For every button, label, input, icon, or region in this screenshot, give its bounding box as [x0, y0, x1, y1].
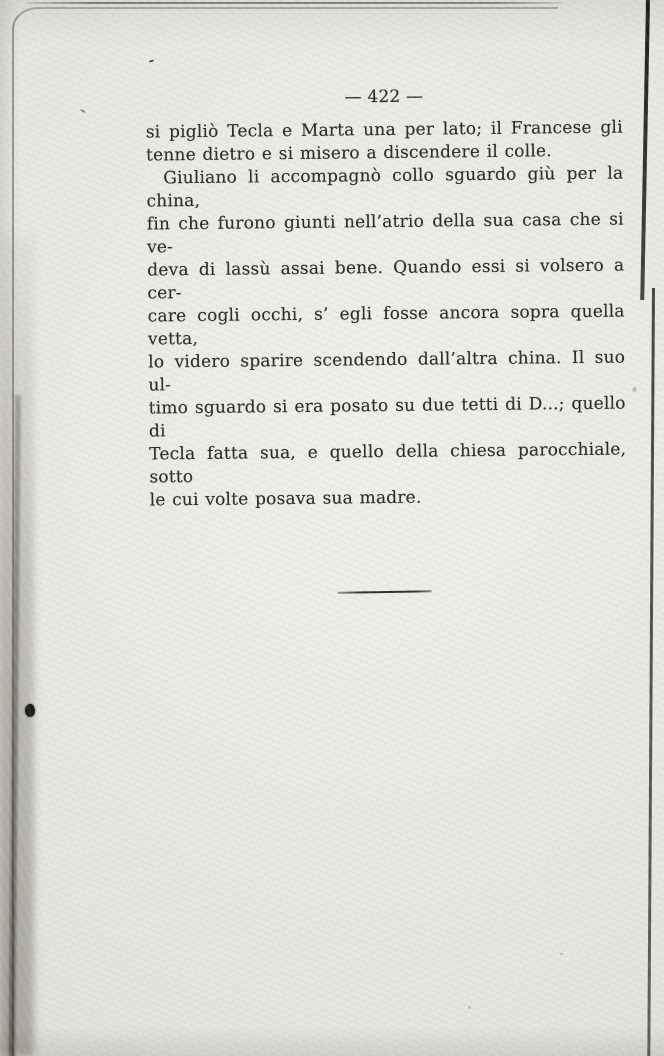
text-line: care cogli occhi, s’ egli fosse ancora s… [148, 300, 625, 351]
scanned-book-page: — 422 — si pigliò Tecla e Marta una per … [0, 0, 664, 1056]
text-line: Tecla fatta sua, e quello della chiesa p… [149, 438, 626, 489]
top-edge-line [28, 2, 562, 4]
text-line: Giuliano li accompagnò collo sguardo giù… [146, 163, 623, 214]
page-number: — 422 — [145, 84, 622, 112]
text-line: fin che furono giunti nell’atrio della s… [147, 209, 624, 260]
text-line: timo sguardo si era posato su due tetti … [149, 392, 626, 443]
paper-speck [560, 953, 563, 955]
paper-speck [468, 1006, 471, 1009]
section-divider-rule [338, 590, 432, 593]
text-line: lo videro sparire scendendo dall’altra c… [148, 346, 625, 397]
scan-edge-right-lower [647, 288, 655, 1056]
text-line: deva di lassù assai bene. Quando essi si… [147, 255, 624, 306]
text-block: — 422 — si pigliò Tecla e Marta una per … [145, 84, 628, 619]
ink-blot [25, 704, 35, 717]
text-line: le cui volte posava sua madre. [150, 484, 627, 512]
scan-edge-right [640, 0, 650, 300]
paper-speck [632, 387, 637, 392]
